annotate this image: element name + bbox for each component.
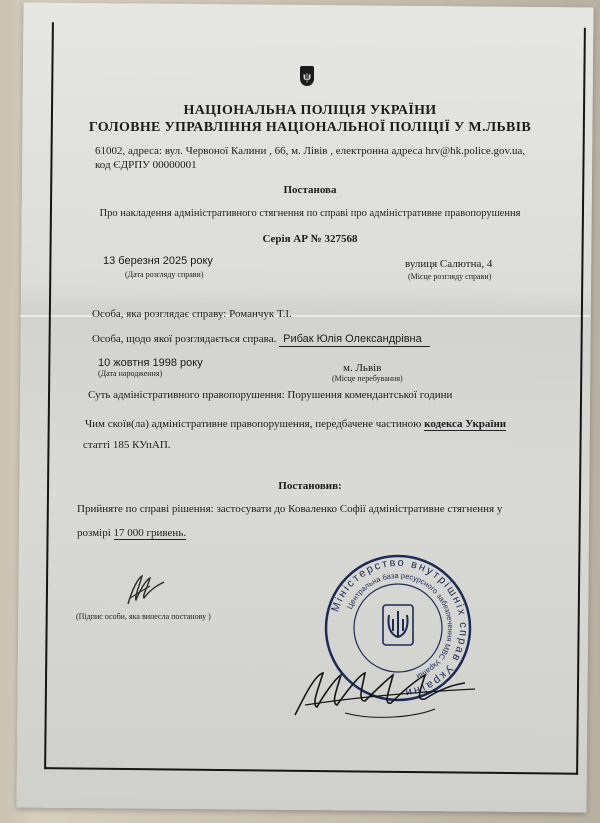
subject-label: Особа, щодо якої розглядається справа. — [92, 333, 276, 345]
offense-row: Суть адміністративного правопорушення: П… — [88, 389, 452, 401]
article-reference: статті 185 КУпАП. — [83, 439, 171, 451]
offense-value: Порушення комендантської години — [287, 389, 452, 401]
decision-prefix: розмірі — [77, 527, 111, 539]
review-place: вулиця Салютна, 4 — [405, 258, 492, 270]
committed-row: Чим скоїв(ла) адміністративне правопоруш… — [85, 418, 506, 430]
document-subtitle: Про накладення адміністративного стягнен… — [60, 208, 560, 219]
review-date-caption: (Дата розгляду справи) — [125, 270, 204, 279]
review-place-caption: (Місце розгляду справи) — [408, 272, 491, 281]
code-reference: кодекса України — [424, 418, 506, 431]
reviewer-label: Особа, яка розглядає справу: — [92, 308, 226, 320]
subject-name: Рибак Юлія Олександрівна — [279, 333, 430, 347]
signature-caption: (Підпис особи, яка винесла постанову ) — [76, 612, 211, 621]
ukraine-trident-icon: ψ — [300, 66, 314, 86]
reviewer-name: Романчук Т.І. — [229, 308, 292, 320]
offense-label: Суть адміністративного правопорушення: — [88, 389, 285, 401]
review-date: 13 березня 2025 року — [103, 255, 213, 267]
subject-row: Особа, щодо якої розглядається справа. Р… — [92, 333, 430, 345]
birth-date: 10 жовтня 1998 року — [98, 357, 203, 369]
decision-line-2: розмірі 17 000 гривень. — [77, 527, 186, 539]
address-line-1: 61002, адреса: вул. Червоної Калини , 66… — [95, 145, 565, 157]
decision-line-1: Прийняте по справі рішення: застосувати … — [77, 503, 502, 515]
signature-small-icon — [120, 570, 170, 610]
reviewer-row: Особа, яка розглядає справу: Романчук Т.… — [92, 308, 292, 320]
committed-text: Чим скоїв(ла) адміністративне правопоруш… — [85, 418, 421, 430]
residence-caption: (Місце перебування) — [332, 374, 403, 383]
document-title: Постанова — [60, 184, 560, 196]
resolved-title: Постановив: — [60, 480, 560, 492]
signature-large-icon — [285, 645, 485, 725]
header-line-1: НАЦІОНАЛЬНА ПОЛІЦІЯ УКРАЇНИ — [60, 103, 560, 119]
address-line-2: код ЄДРПУ 00000001 — [95, 159, 197, 171]
birth-date-caption: (Дата народження) — [98, 369, 162, 378]
residence: м. Львів — [343, 362, 381, 374]
fine-amount: 17 000 гривень. — [114, 527, 187, 540]
header-line-2: ГОЛОВНЕ УПРАВЛІННЯ НАЦІОНАЛЬНОЇ ПОЛІЦІЇ … — [60, 120, 560, 136]
series-number: Серія АР № 327568 — [60, 233, 560, 245]
